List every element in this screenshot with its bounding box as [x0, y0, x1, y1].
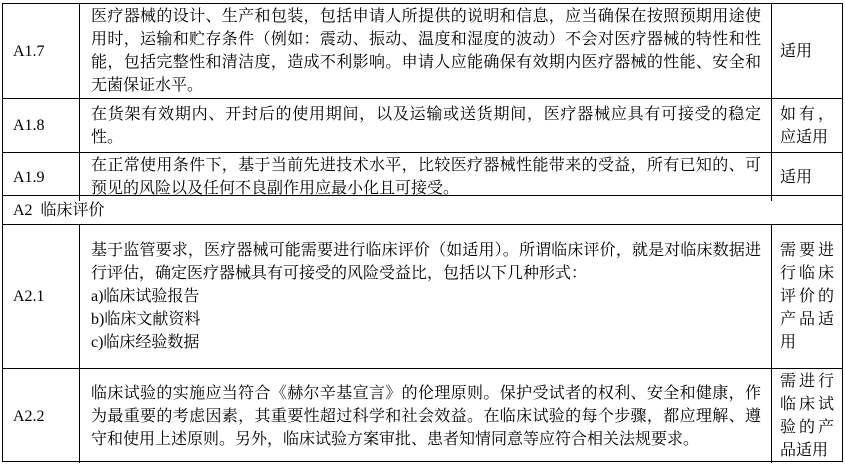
- requirements-table: A1.7 医疗器械的设计、生产和包装，包括申请人所提供的说明和信息，应当确保在按…: [2, 3, 843, 462]
- table-row: A1.8 在货架有效期内、开封后的使用期间，以及运输或送货期间，医疗器械应具有可…: [3, 98, 842, 152]
- section-header-text: A2 临床评价: [13, 199, 105, 222]
- row-id-text: A1.7: [13, 40, 45, 63]
- row-desc-cell: 在货架有效期内、开封后的使用期间，以及运输或送货期间，医疗器械应具有可接受的稳定…: [79, 99, 771, 152]
- row-desc-text: 基于监管要求，医疗器械可能需要进行临床评价（如适用）。所谓临床评价，就是对临床数…: [91, 239, 761, 354]
- row-id-cell: A2.2: [3, 369, 79, 463]
- row-id-text: A1.8: [13, 114, 45, 137]
- document-page: A1.7 医疗器械的设计、生产和包装，包括申请人所提供的说明和信息，应当确保在按…: [0, 0, 845, 469]
- row-id-cell: A2.1: [3, 225, 79, 368]
- row-status-text: 适用: [780, 40, 834, 63]
- row-desc-cell: 基于监管要求，医疗器械可能需要进行临床评价（如适用）。所谓临床评价，就是对临床数…: [79, 225, 771, 368]
- row-desc-cell: 医疗器械的设计、生产和包装，包括申请人所提供的说明和信息，应当确保在按照预期用途…: [79, 4, 771, 98]
- row-status-text: 适用: [780, 166, 834, 189]
- table-row: A1.7 医疗器械的设计、生产和包装，包括申请人所提供的说明和信息，应当确保在按…: [3, 4, 842, 98]
- row-desc-cell: 临床试验的实施应当符合《赫尔辛基宣言》的伦理原则。保护受试者的权利、安全和健康，…: [79, 369, 771, 463]
- row-status-text: 需进行临床试验的产品适用: [780, 370, 834, 462]
- row-status-cell: 如有，应适用: [771, 99, 842, 152]
- row-status-cell: 需要进行临床评价的产品适用: [771, 225, 842, 368]
- row-id-cell: A1.8: [3, 99, 79, 152]
- row-status-cell: 适用: [771, 4, 842, 98]
- row-desc-text: 医疗器械的设计、生产和包装，包括申请人所提供的说明和信息，应当确保在按照预期用途…: [91, 5, 761, 97]
- row-desc-text: 临床试验的实施应当符合《赫尔辛基宣言》的伦理原则。保护受试者的权利、安全和健康，…: [91, 382, 761, 451]
- row-desc-text: 在货架有效期内、开封后的使用期间，以及运输或送货期间，医疗器械应具有可接受的稳定…: [91, 103, 761, 149]
- table-row: A2.1 基于监管要求，医疗器械可能需要进行临床评价（如适用）。所谓临床评价，就…: [3, 224, 842, 368]
- row-status-cell: 适用: [771, 153, 842, 201]
- row-desc-cell: 在正常使用条件下，基于当前先进技术水平，比较医疗器械性能带来的受益，所有已知的、…: [79, 153, 771, 201]
- table-row: A2.2 临床试验的实施应当符合《赫尔辛基宣言》的伦理原则。保护受试者的权利、安…: [3, 368, 842, 461]
- table-row: A1.9 在正常使用条件下，基于当前先进技术水平，比较医疗器械性能带来的受益，所…: [3, 152, 842, 195]
- row-id-text: A2.1: [13, 285, 45, 308]
- row-desc-text: 在正常使用条件下，基于当前先进技术水平，比较医疗器械性能带来的受益，所有已知的、…: [91, 154, 761, 200]
- row-status-cell: 需进行临床试验的产品适用: [771, 369, 842, 463]
- row-id-text: A2.2: [13, 405, 45, 428]
- row-id-text: A1.9: [13, 166, 45, 189]
- row-id-cell: A1.9: [3, 153, 79, 201]
- row-status-text: 需要进行临床评价的产品适用: [780, 239, 834, 354]
- row-status-text: 如有，应适用: [780, 103, 834, 149]
- row-id-cell: A1.7: [3, 4, 79, 98]
